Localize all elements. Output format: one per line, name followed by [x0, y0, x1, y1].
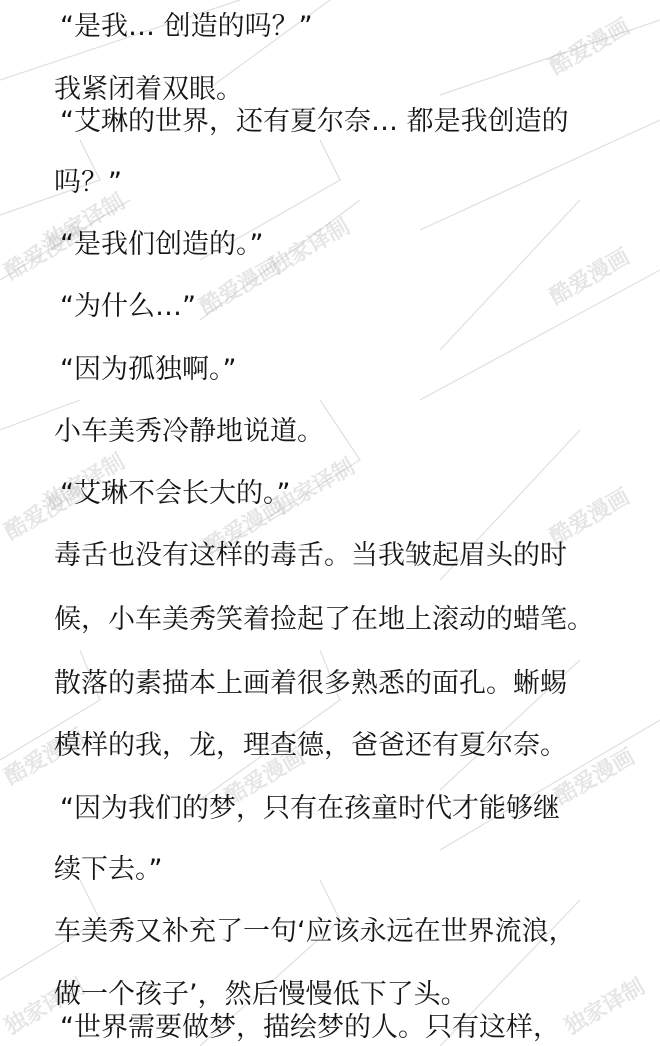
watermark-lines-icon	[0, 0, 660, 1046]
text-line: “因为我们的梦，只有在孩童时代才能够继	[60, 792, 560, 826]
text-line: “艾琳的世界，还有夏尔奈… 都是我创造的	[60, 105, 569, 139]
text-line: 散落的素描本上画着很多熟悉的面孔。蜥蜴	[54, 667, 567, 701]
text-line: 毒舌也没有这样的毒舌。当我皱起眉头的时	[54, 539, 567, 573]
text-line: 吗？”	[54, 166, 122, 200]
watermark-text: 独家译制	[263, 210, 355, 281]
watermark-text: 酷爱漫画	[543, 10, 635, 81]
text-line: 做一个孩子’，然后慢慢低下了头。	[54, 978, 468, 1012]
text-line: “世界需要做梦，描绘梦的人。只有这样，	[60, 1011, 560, 1045]
text-line: “是我们创造的。”	[60, 228, 263, 262]
text-line: 续下去。”	[54, 853, 163, 887]
text-line: 车美秀又补充了一句‘应该永远在世界流浪，	[54, 915, 576, 949]
text-line: 候，小车美秀笑着捡起了在地上滚动的蜡笔。	[54, 603, 594, 637]
text-line: 我紧闭着双眼。	[54, 73, 243, 107]
text-line: “是我… 创造的吗？”	[60, 10, 313, 44]
watermark-text: 酷爱漫画	[543, 240, 635, 311]
text-line: “为什么…”	[60, 290, 196, 324]
text-line: “艾琳不会长大的。”	[60, 477, 290, 511]
text-line: “因为孤独啊。”	[60, 353, 236, 387]
text-line: 小车美秀冷静地说道。	[54, 415, 324, 449]
text-line: 模样的我，龙，理查德，爸爸还有夏尔奈。	[54, 729, 567, 763]
watermark-layer: 酷爱漫画 酷爱漫画 独家译制 酷爱漫画 独家译制 酷爱漫画 酷爱漫画 独家译制 …	[0, 0, 660, 1046]
watermark-text: 独家译制	[558, 970, 650, 1041]
